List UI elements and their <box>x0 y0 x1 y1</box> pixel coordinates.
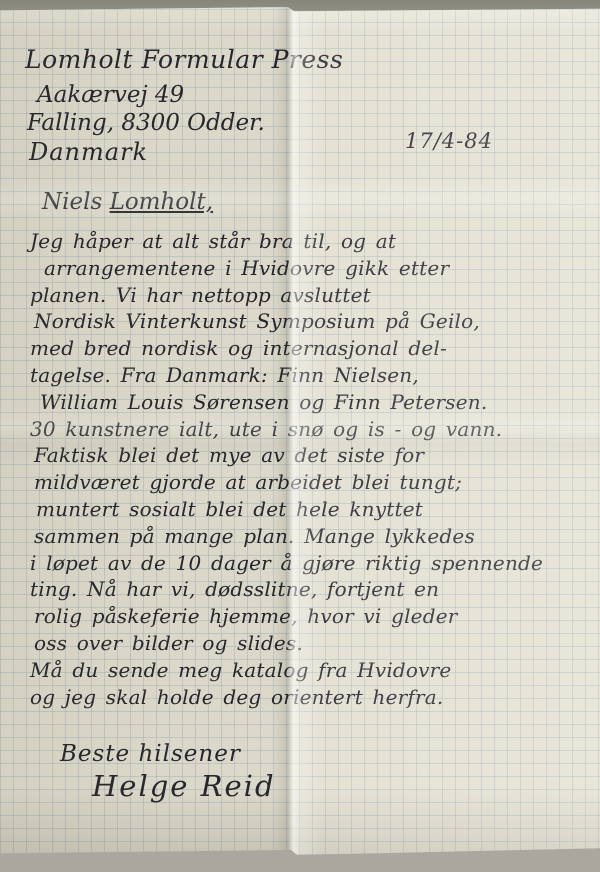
signature: Helge Reid <box>92 769 276 803</box>
body-line: tagelse. Fra Danmark: Finn Nielsen, <box>30 362 592 389</box>
sender-city: Falling, 8300 Odder. <box>27 110 343 136</box>
body-line: mildværet gjorde at arbeidet blei tungt; <box>34 469 592 496</box>
body-line: Nordisk Vinterkunst Symposium på Geilo, <box>34 308 592 335</box>
body-line: Faktisk blei det mye av det siste for <box>34 442 592 469</box>
body-line: med bred nordisk og internasjonal del- <box>30 335 592 362</box>
closing: Beste hilsener <box>60 741 241 767</box>
body-line: Jeg håper at alt står bra til, og at <box>30 228 592 255</box>
salutation-first-name: Niels <box>42 189 110 215</box>
letter-body: Jeg håper at alt står bra til, og at arr… <box>30 228 592 710</box>
body-line: og jeg skal holde deg orientert herfra. <box>30 684 592 711</box>
body-line: sammen på mange plan. Mange lykkedes <box>34 523 592 550</box>
sender-address: Lomholt Formular Press Aakærvej 49 Falli… <box>25 45 343 166</box>
body-line: arrangementene i Hvidovre gikk etter <box>44 255 592 282</box>
letter-date: 17/4-84 <box>405 129 493 153</box>
sender-name: Lomholt Formular Press <box>25 45 343 74</box>
body-line: Må du sende meg katalog fra Hvidovre <box>30 657 592 684</box>
letter-photo: Lomholt Formular Press Aakærvej 49 Falli… <box>0 0 600 872</box>
body-line: William Louis Sørensen og Finn Petersen. <box>40 389 592 416</box>
sender-street: Aakærvej 49 <box>37 82 343 108</box>
letter-paper: Lomholt Formular Press Aakærvej 49 Falli… <box>0 7 600 855</box>
salutation-surname: Lomholt, <box>110 189 214 215</box>
body-line: oss over bilder og slides. <box>34 630 592 657</box>
sender-country: Danmark <box>29 138 343 166</box>
body-line: rolig påskeferie hjemme, hvor vi gleder <box>34 603 592 630</box>
body-line: muntert sosialt blei det hele knyttet <box>36 496 592 523</box>
body-line: i løpet av de 10 dager å gjøre riktig sp… <box>30 550 592 577</box>
salutation: Niels Lomholt, <box>42 189 213 215</box>
body-line: ting. Nå har vi, dødsslitne, fortjent en <box>30 576 592 603</box>
body-line: 30 kunstnere ialt, ute i snø og is - og … <box>30 416 592 443</box>
body-line: planen. Vi har nettopp avsluttet <box>30 282 592 309</box>
